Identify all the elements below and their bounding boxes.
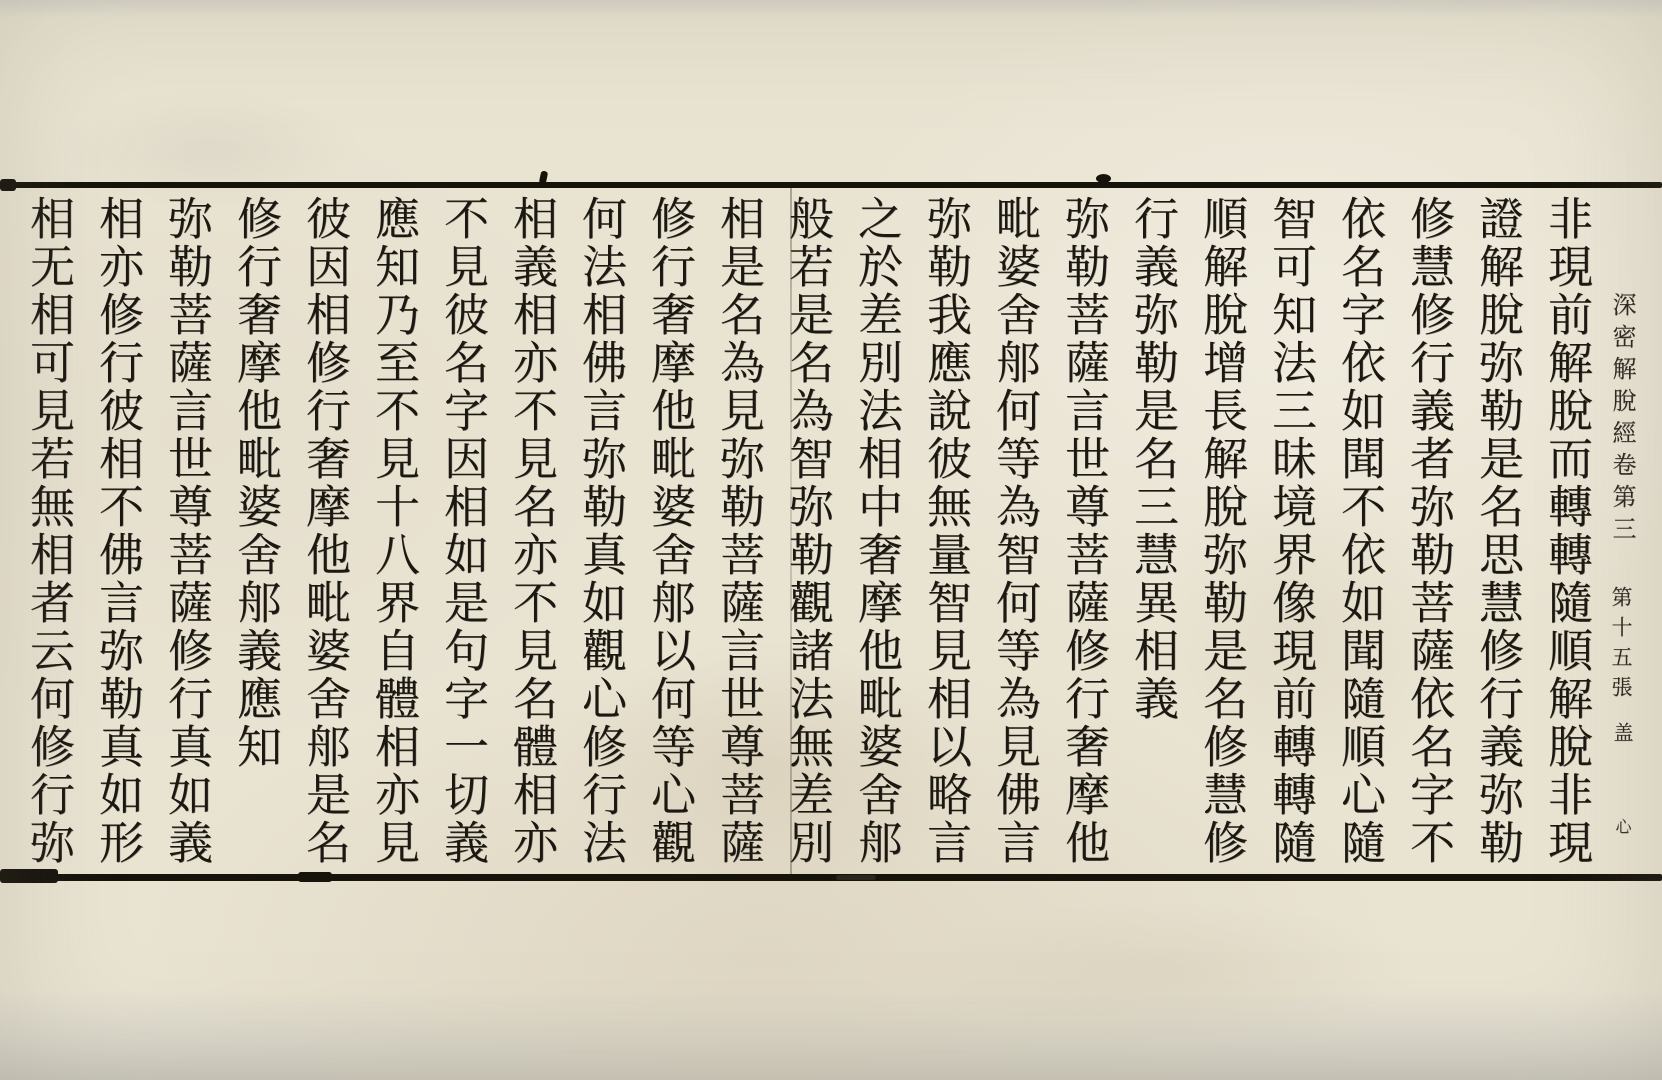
text-column: 修行奢摩他毗婆舍郍以何等心觀	[634, 190, 703, 878]
text-column: 依名字依如聞不依如聞隨順心隨	[1324, 190, 1393, 878]
collation-mark: 心	[1613, 818, 1630, 834]
text-column: 證解脫弥勒是名思慧修行義弥勒	[1462, 190, 1531, 878]
ink-blemish	[1096, 174, 1111, 183]
sutra-page: 深密解脫經卷第三第十五張盖心 非現前解脫而轉轉隨順解脫非現 證解脫弥勒是名思慧修…	[0, 0, 1662, 1080]
text-column: 毗婆舍郍何等為智何等為見佛言	[979, 190, 1048, 878]
text-block: 深密解脫經卷第三第十五張盖心 非現前解脫而轉轉隨順解脫非現 證解脫弥勒是名思慧修…	[12, 190, 1642, 878]
text-column: 行義弥勒是名三慧異相義	[1117, 190, 1186, 878]
text-column: 相亦修行彼相不佛言弥勒真如形	[82, 190, 151, 878]
text-column: 相是名為見弥勒菩薩言世尊菩薩	[703, 190, 772, 878]
top-border-rule	[0, 182, 1662, 188]
text-column: 應知乃至不見十八界自體相亦見	[358, 190, 427, 878]
text-column: 智可知法三昧境界像現前轉轉隨	[1255, 190, 1324, 878]
text-column: 之於差別法相中奢摩他毗婆舍郍	[841, 190, 910, 878]
scroll-title-column: 深密解脫經卷第三第十五張盖心	[1600, 190, 1642, 878]
paper-stain	[900, 900, 1420, 1040]
text-column: 相義相亦不見名亦不見名體相亦	[496, 190, 565, 878]
carver-mark: 盖	[1610, 722, 1632, 742]
text-column: 弥勒菩薩言世尊菩薩修行奢摩他	[1048, 190, 1117, 878]
text-column: 弥勒我應說彼無量智見相以略言	[910, 190, 979, 878]
text-column: 何法相佛言弥勒真如觀心修行法	[565, 190, 634, 878]
text-column: 修行奢摩他毗婆舍郍義應知	[220, 190, 289, 878]
text-column: 弥勒菩薩言世尊菩薩修行真如義	[151, 190, 220, 878]
text-column: 不見彼名字因相如是句字一切義	[427, 190, 496, 878]
sheet-number: 第十五張	[1609, 586, 1633, 706]
text-column: 修慧修行義者弥勒菩薩依名字不	[1393, 190, 1462, 878]
text-column: 順解脫增長解脫弥勒是名修慧修	[1186, 190, 1255, 878]
text-column: 彼因相修行奢摩他毗婆舍郍是名	[289, 190, 358, 878]
text-column: 般若是名為智弥勒觀諸法無差別	[772, 190, 841, 878]
scroll-title: 深密解脫經卷第三	[1608, 292, 1634, 548]
text-column: 非現前解脫而轉轉隨順解脫非現	[1531, 190, 1600, 878]
text-column: 相无相可見若無相者云何修行弥	[13, 190, 82, 878]
